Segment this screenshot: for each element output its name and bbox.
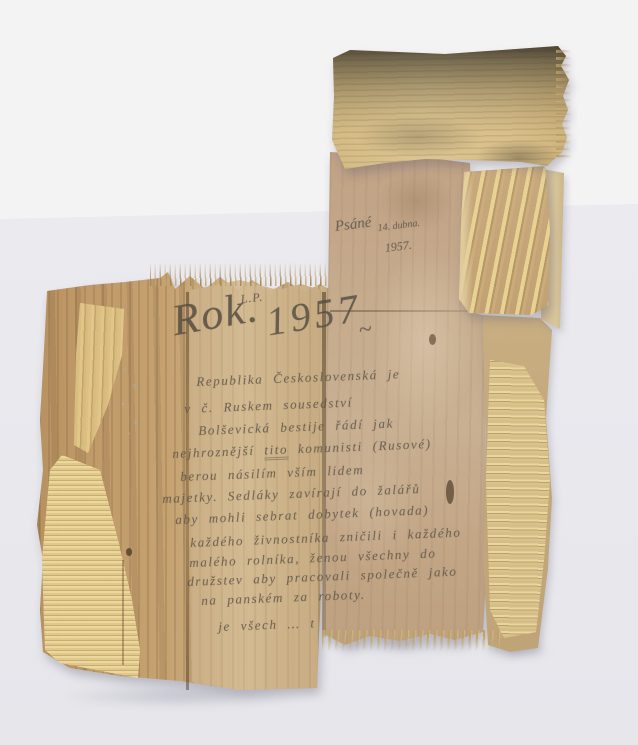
wood-knot (126, 548, 132, 556)
wood-block-small (453, 161, 557, 321)
frayed-bottom-edge (322, 630, 502, 652)
inscription-underlined-word: tito (264, 442, 288, 461)
paint-fleck-residue (115, 360, 147, 440)
artwork-photo: L.P. Rok. 1957 ~ Psáné 14. dubna. 1957. … (0, 0, 638, 745)
wood-knot (446, 480, 454, 504)
frayed-right-edge (556, 50, 572, 158)
crack-line (122, 560, 124, 665)
inscription-line-pre: nejhroznější (172, 442, 265, 461)
wood-knot (429, 334, 436, 345)
